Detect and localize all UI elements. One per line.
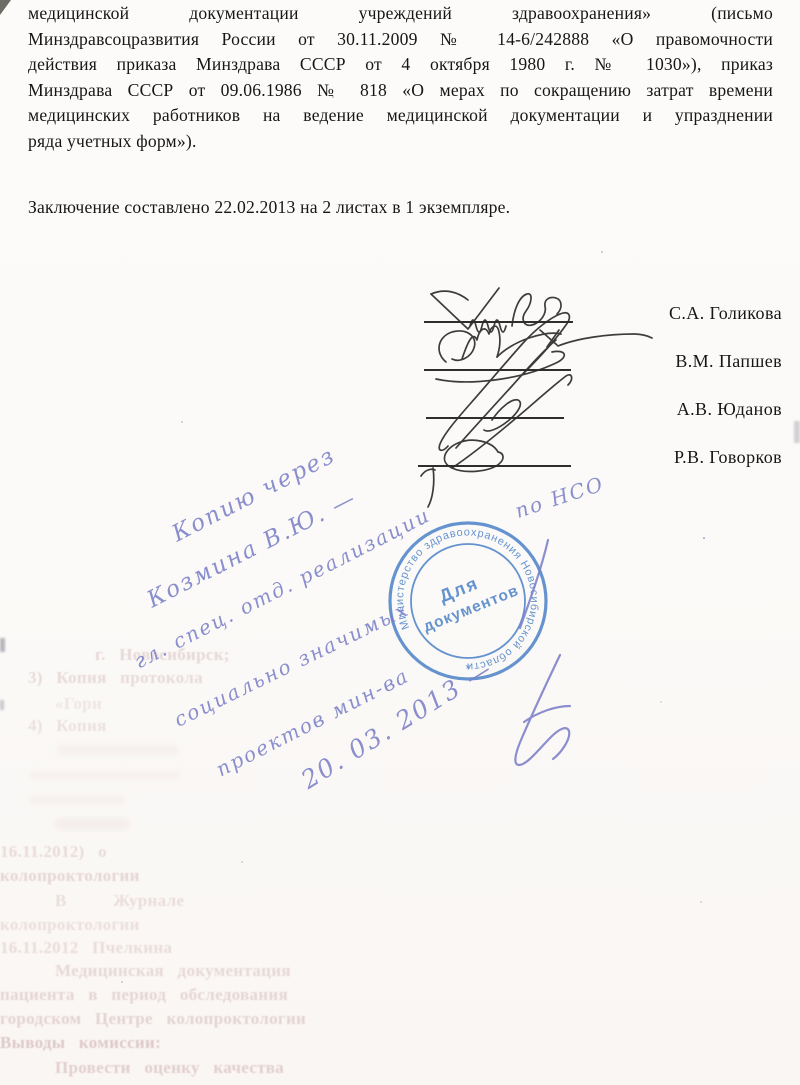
dust-speck (121, 981, 123, 983)
dust-speck (660, 701, 662, 703)
handwritten-flourish (515, 540, 570, 765)
dust-speck (241, 861, 243, 863)
dust-speck (332, 96, 334, 98)
scan-edge-artifact (0, 638, 5, 652)
signatures-layer (0, 0, 800, 1085)
dust-speck (601, 251, 603, 253)
scan-edge-artifact (0, 700, 4, 710)
dust-speck (181, 421, 183, 423)
dust-speck (700, 901, 702, 903)
scan-edge-artifact (794, 421, 800, 443)
signature-papshev (436, 326, 564, 382)
scanned-document-page: г. Новосибирск; 3) Копия протокола «Горн… (0, 0, 800, 1085)
dust-speck (703, 537, 705, 539)
